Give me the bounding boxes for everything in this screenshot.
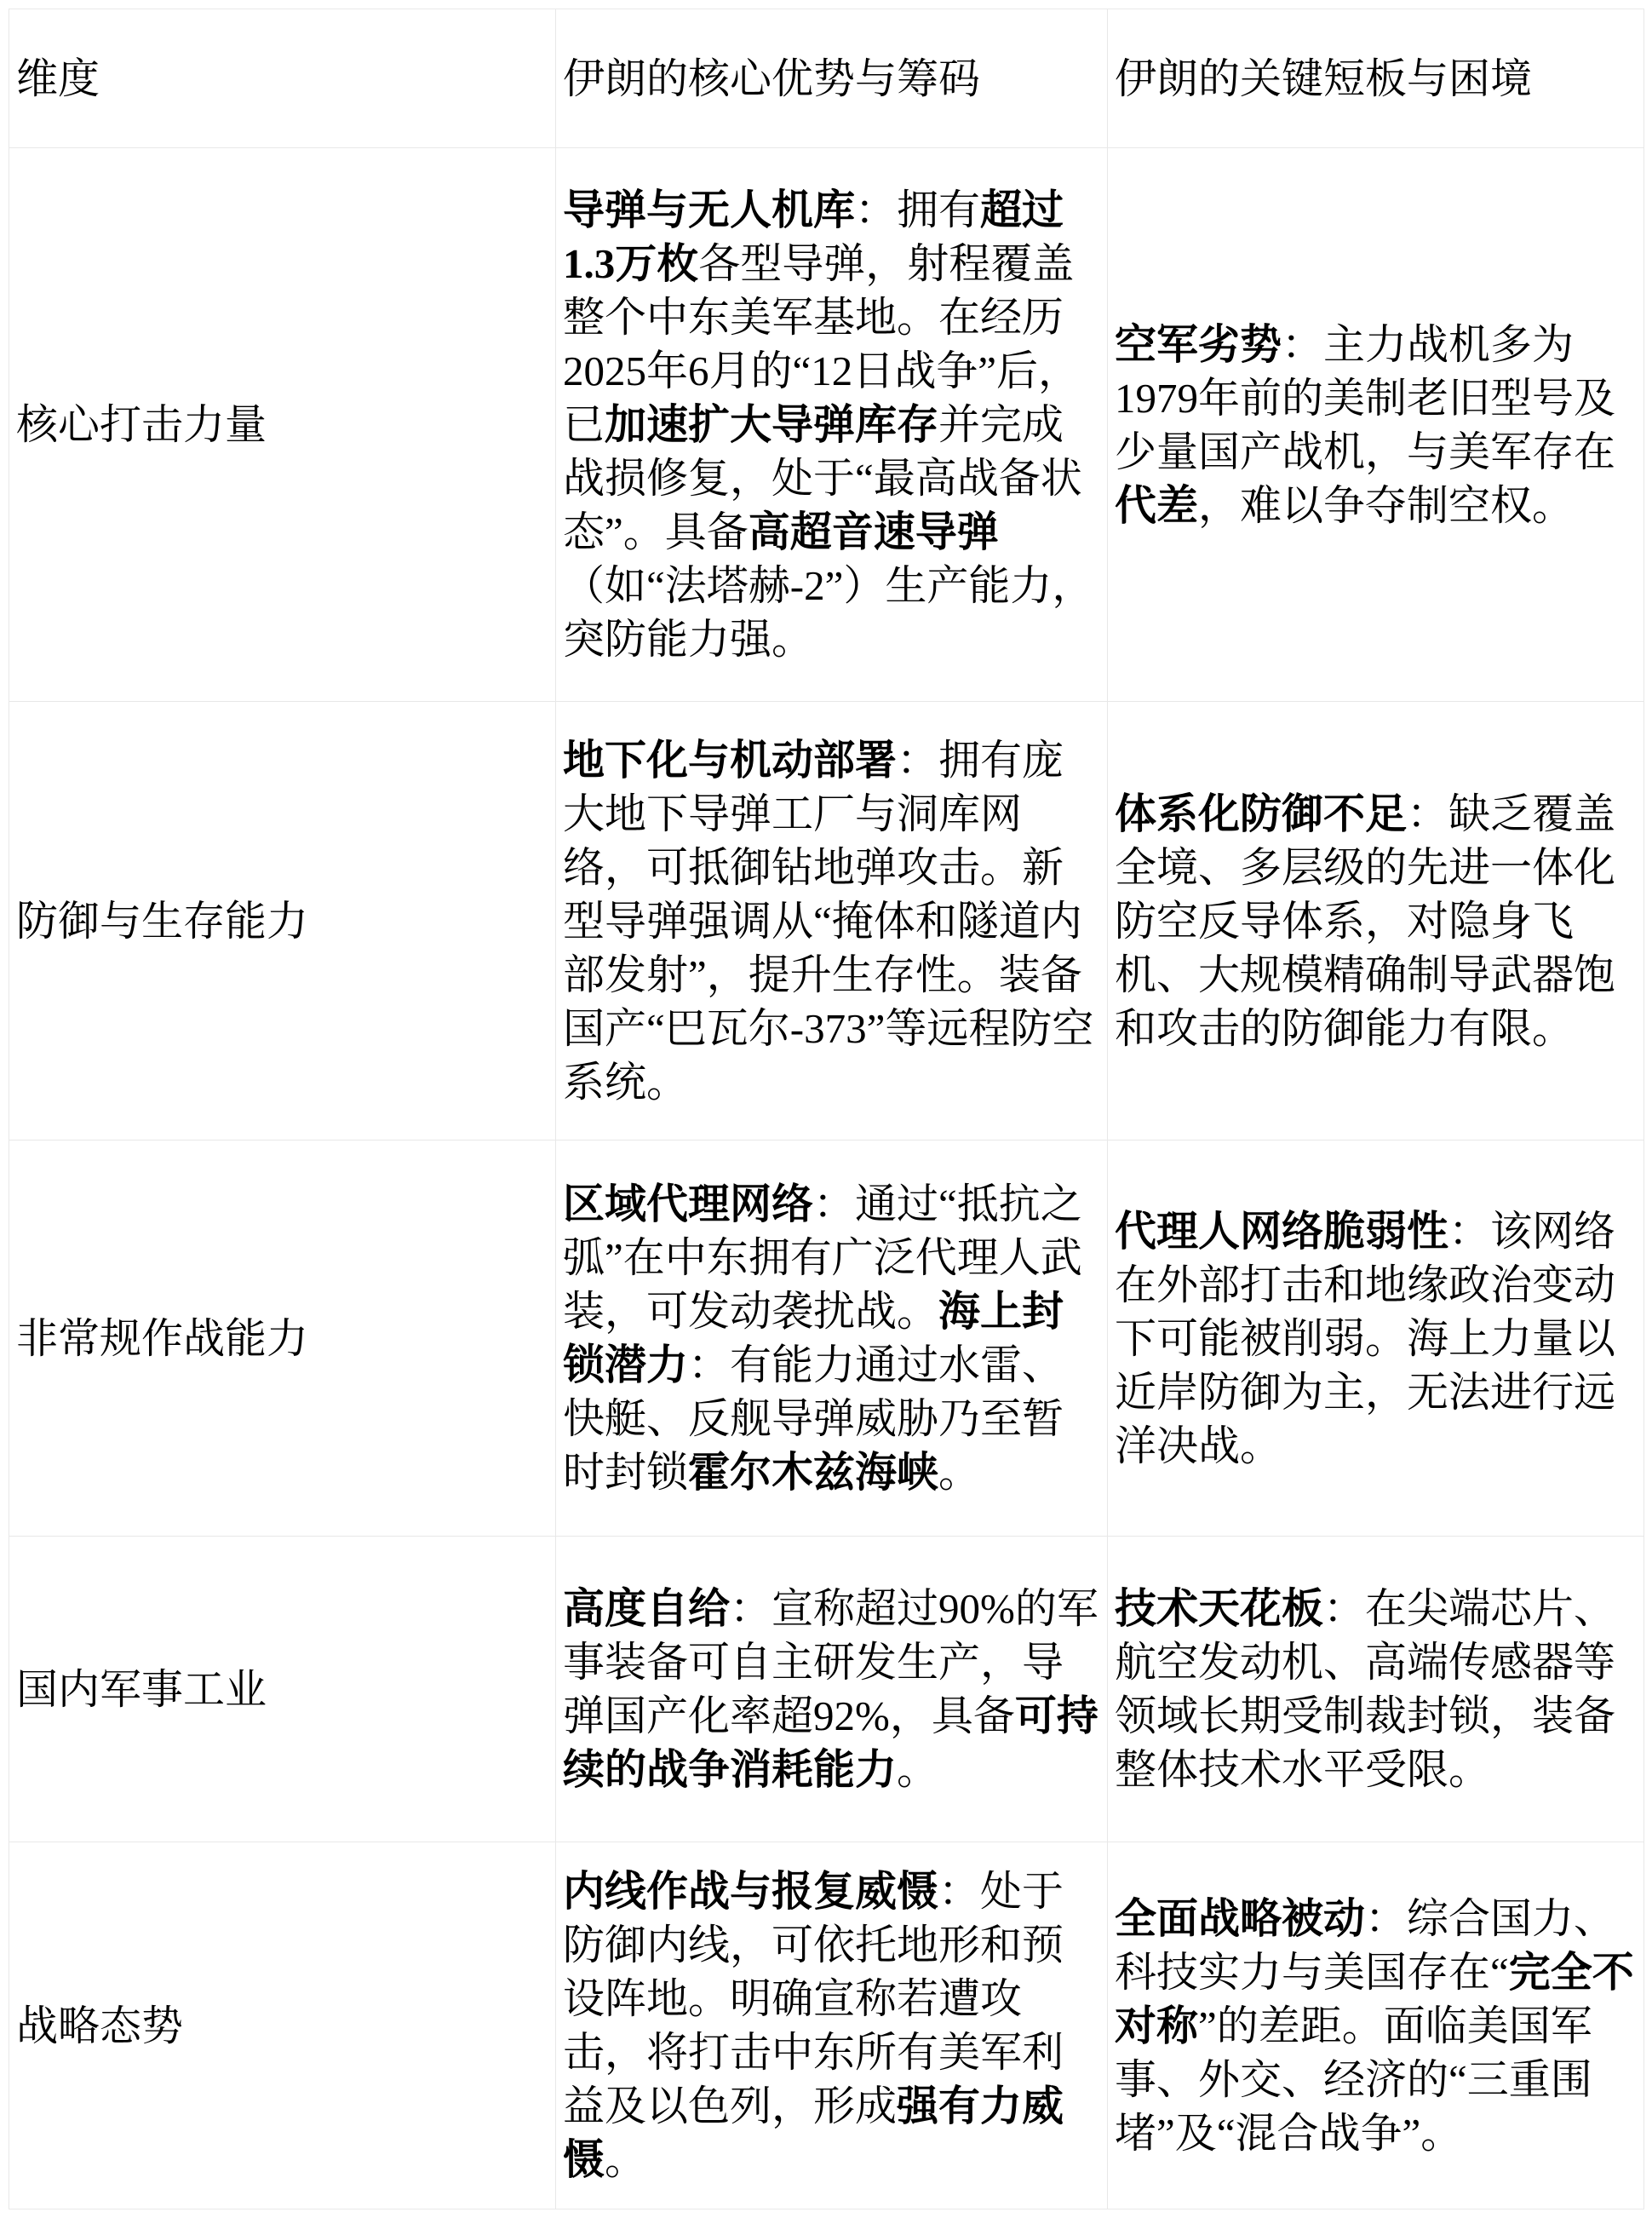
- dimension-cell: 非常规作战能力: [9, 1141, 556, 1537]
- advantages-cell: 导弹与无人机库：拥有超过1.3万枚各型导弹，射程覆盖整个中东美军基地。在经历20…: [556, 148, 1108, 702]
- advantages-cell: 内线作战与报复威慑：处于防御内线，可依托地形和预设阵地。明确宣称若遭攻击，将打击…: [556, 1842, 1108, 2209]
- weaknesses-cell: 全面战略被动：综合国力、科技实力与美国存在“完全不对称”的差距。面临美国军事、外…: [1108, 1842, 1644, 2209]
- advantages-cell: 地下化与机动部署：拥有庞大地下导弹工厂与洞库网络，可抵御钻地弹攻击。新型导弹强调…: [556, 702, 1108, 1141]
- weaknesses-cell: 体系化防御不足：缺乏覆盖全境、多层级的先进一体化防空反导体系，对隐身飞机、大规模…: [1108, 702, 1644, 1141]
- dimension-cell: 核心打击力量: [9, 148, 556, 702]
- table-row-domestic-military-industry: 国内军事工业 高度自给：宣称超过90%的军事装备可自主研发生产，导弹国产化率超9…: [9, 1537, 1644, 1842]
- header-cell-advantages: 伊朗的核心优势与筹码: [556, 9, 1108, 148]
- dimension-cell: 防御与生存能力: [9, 702, 556, 1141]
- weaknesses-cell: 空军劣势：主力战机多为1979年前的美制老旧型号及少量国产战机，与美军存在代差，…: [1108, 148, 1644, 702]
- dimension-cell: 国内军事工业: [9, 1537, 556, 1842]
- dimension-cell: 战略态势: [9, 1842, 556, 2209]
- header-cell-weaknesses: 伊朗的关键短板与困境: [1108, 9, 1644, 148]
- table-row-defense-survivability: 防御与生存能力 地下化与机动部署：拥有庞大地下导弹工厂与洞库网络，可抵御钻地弹攻…: [9, 702, 1644, 1141]
- weaknesses-cell: 代理人网络脆弱性：该网络在外部打击和地缘政治变动下可能被削弱。海上力量以近岸防御…: [1108, 1141, 1644, 1537]
- header-cell-dimension: 维度: [9, 9, 556, 148]
- table-row-strategic-posture: 战略态势 内线作战与报复威慑：处于防御内线，可依托地形和预设阵地。明确宣称若遭攻…: [9, 1842, 1644, 2209]
- weaknesses-cell: 技术天花板：在尖端芯片、航空发动机、高端传感器等领域长期受制裁封锁，装备整体技术…: [1108, 1537, 1644, 1842]
- table-row-core-strike-power: 核心打击力量 导弹与无人机库：拥有超过1.3万枚各型导弹，射程覆盖整个中东美军基…: [9, 148, 1644, 702]
- advantages-cell: 高度自给：宣称超过90%的军事装备可自主研发生产，导弹国产化率超92%，具备可持…: [556, 1537, 1108, 1842]
- header-row: 维度 伊朗的核心优势与筹码 伊朗的关键短板与困境: [9, 9, 1644, 148]
- advantages-cell: 区域代理网络：通过“抵抗之弧”在中东拥有广泛代理人武装，可发动袭扰战。海上封锁潜…: [556, 1141, 1108, 1537]
- table-row-unconventional-warfare: 非常规作战能力 区域代理网络：通过“抵抗之弧”在中东拥有广泛代理人武装，可发动袭…: [9, 1141, 1644, 1537]
- iran-comparison-table: 维度 伊朗的核心优势与筹码 伊朗的关键短板与困境 核心打击力量 导弹与无人机库：…: [9, 9, 1644, 2209]
